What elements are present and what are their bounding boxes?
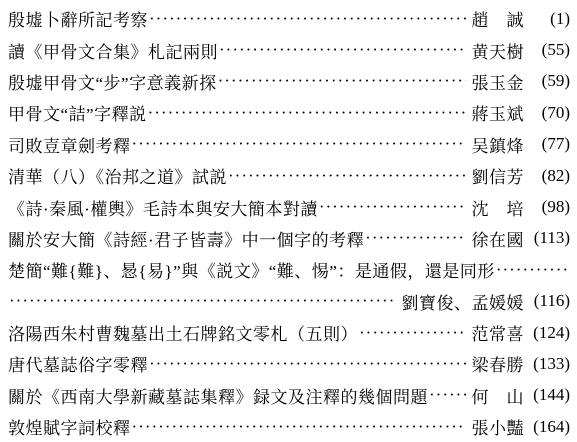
dot-leader: ········································… [359,323,466,343]
entry-title: 司敗壴章劍考釋 [8,132,131,157]
dot-leader: ········································… [148,103,466,123]
toc-entry: 殷墟卜辭所記考察 ·······························… [8,3,570,34]
entry-page-number: (144) [524,385,570,405]
dot-leader: ········································… [319,197,466,217]
entry-title: 敦煌賦字詞校釋 [8,414,131,439]
entry-page-number: (59) [524,71,570,91]
dot-leader: ········································… [365,228,465,248]
entry-author: 劉寶俊、孟媛媛 [402,289,525,314]
entry-title: 關於安大簡《詩經·君子皆壽》中一個字的考釋 [8,226,364,251]
entry-page-number: (124) [524,323,570,343]
entry-title: 洛陽西朱村曹魏墓出土石牌銘文零札（五則） [8,320,358,345]
toc-entry: 唐代墓誌俗字零釋 ·······························… [8,348,570,379]
entry-page-number: (1) [524,9,570,29]
entry-page-number: (164) [524,417,570,437]
entry-page-number: (55) [524,40,570,60]
entry-page-number: (82) [524,166,570,186]
entry-page-number: (113) [524,228,570,248]
entry-author: 張玉金 [472,69,525,94]
entry-title: 楚簡“難{難}、惖{易}”與《説文》“難、惕”：是通假，還是同形 [8,257,495,282]
entry-page-number: (77) [524,134,570,154]
entry-title: 殷墟卜辭所記考察 [8,6,148,31]
toc-entry: 洛陽西朱村曹魏墓出土石牌銘文零札（五則） ···················… [8,317,570,348]
entry-title: 殷墟甲骨文“步”字意義新探 [8,69,217,94]
toc-entry: 《詩·秦風·權輿》毛詩本與安大簡本對讀 ····················… [8,191,570,222]
toc-entry: 殷墟甲骨文“步”字意義新探 ··························… [8,66,570,97]
entry-author: 蔣玉斌 [472,100,525,125]
toc-entry: 關於《西南大學新藏墓誌集釋》録文及注釋的幾個問題 ···············… [8,380,570,411]
entry-author: 劉信芳 [472,163,525,188]
dot-leader: ········································… [149,9,466,29]
entry-title: 《詩·秦風·權輿》毛詩本與安大簡本對讀 [8,195,318,220]
dot-leader: ········································… [9,291,396,311]
dot-leader: ········································… [429,385,466,405]
dot-leader: ········································… [219,40,466,60]
entry-title: 關於《西南大學新藏墓誌集釋》録文及注釋的幾個問題 [8,383,428,408]
entry-author: 張小豔 [472,414,525,439]
entry-title: 甲骨文“詰”字釋説 [8,100,147,125]
entry-title: 清華（八）《治邦之道》試説 [8,163,227,188]
entry-page-number: (98) [524,197,570,217]
entry-author: 徐在國 [472,226,525,251]
toc-entry: 司敗壴章劍考釋 ································… [8,129,570,160]
toc-entry: 楚簡“難{難}、惖{易}”與《説文》“難、惕”：是通假，還是同形 ·······… [8,254,570,285]
toc-entry: 讀《甲骨文合集》札記兩則 ···························… [8,34,570,65]
dot-leader: ········································… [496,260,569,280]
toc-entry: 敦煌賦字詞校釋 ································… [8,411,570,442]
toc-entry: 甲骨文“詰”字釋説 ······························… [8,97,570,128]
dot-leader: ········································… [228,166,466,186]
entry-page-number: (70) [524,103,570,123]
entry-title: 讀《甲骨文合集》札記兩則 [8,38,218,63]
entry-author: 沈 培 [472,195,525,220]
entry-author: 趙 誠 [472,6,525,31]
toc-entry: ········································… [8,286,570,317]
toc-entry: 關於安大簡《詩經·君子皆壽》中一個字的考釋 ··················… [8,223,570,254]
dot-leader: ········································… [132,134,466,154]
dot-leader: ········································… [218,71,466,91]
entry-author: 吴鎮烽 [472,132,525,157]
toc-entry-list: 殷墟卜辭所記考察 ·······························… [8,3,570,442]
entry-author: 黄天樹 [472,38,525,63]
toc-page: 殷墟卜辭所記考察 ·······························… [0,0,577,442]
dot-leader: ········································… [132,417,466,437]
entry-author: 梁春勝 [472,351,525,376]
entry-page-number: (133) [524,354,570,374]
entry-author: 何 山 [472,383,525,408]
dot-leader: ········································… [149,354,466,374]
entry-author: 范常喜 [472,320,525,345]
toc-entry: 清華（八）《治邦之道》試説 ··························… [8,160,570,191]
entry-title: 唐代墓誌俗字零釋 [8,351,148,376]
entry-page-number: (116) [524,291,570,311]
